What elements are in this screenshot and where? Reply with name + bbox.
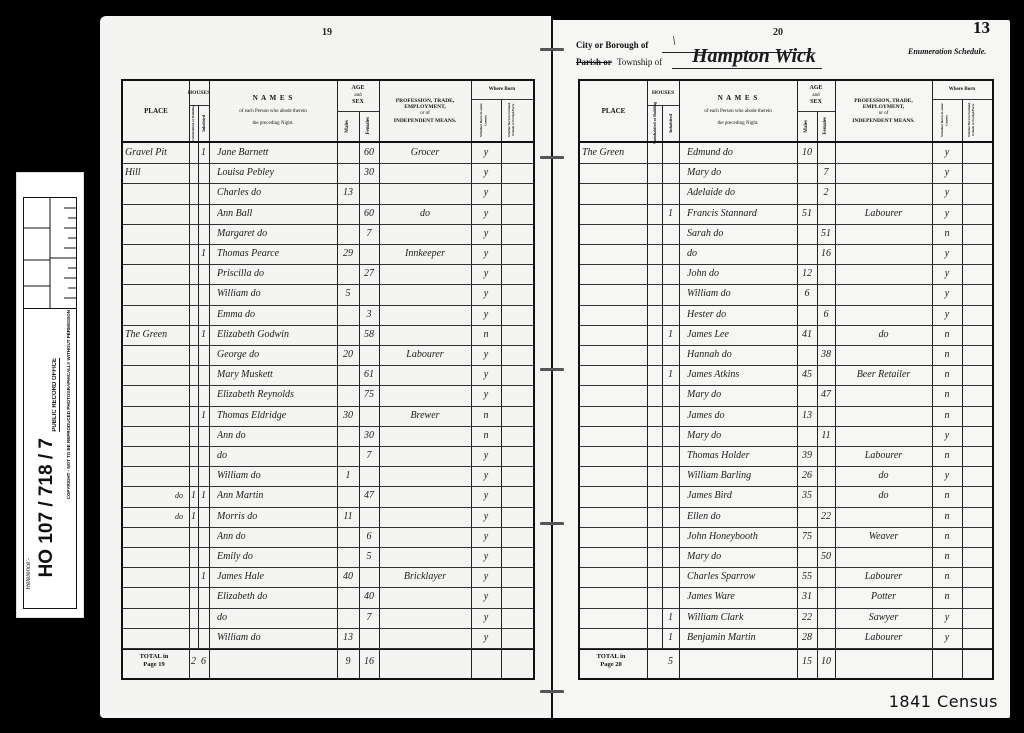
cell-inhabited — [198, 466, 209, 486]
cell-male-age — [337, 547, 359, 567]
cell-uninhabited — [647, 244, 662, 264]
cell-born-county: y — [932, 204, 962, 224]
header-place: PLACE — [123, 81, 189, 141]
cell-born-foreign — [501, 264, 533, 284]
header-males: Males — [337, 111, 359, 141]
cell-inhabited — [662, 507, 679, 527]
cell-male-age — [797, 183, 817, 203]
cell-inhabited — [662, 527, 679, 547]
cell-profession — [379, 325, 471, 345]
cell-born-county: n — [932, 224, 962, 244]
cell-inhabited — [662, 466, 679, 486]
cell-name: Mary do — [687, 426, 795, 446]
township-underline — [672, 68, 822, 69]
header-age-sex: AGEandSEX — [337, 81, 379, 111]
cell-profession: Labourer — [379, 345, 471, 365]
cell-name: Francis Stannard — [687, 204, 795, 224]
cell-born-foreign — [501, 325, 533, 345]
cell-uninhabited — [189, 325, 198, 345]
cell-inhabited — [198, 385, 209, 405]
ruler-scale-icon — [24, 198, 76, 308]
cell-born-foreign — [962, 587, 992, 607]
cell-inhabited — [198, 305, 209, 325]
header-age-sex: AGEandSEX — [797, 81, 835, 111]
cell-male-age: 11 — [337, 507, 359, 527]
cell-born-foreign — [962, 567, 992, 587]
cell-female-age — [817, 325, 835, 345]
cell-born-foreign — [501, 406, 533, 426]
cell-inhabited — [662, 385, 679, 405]
total-females: 10 — [817, 651, 835, 673]
cell-name: William do — [217, 628, 335, 648]
cell-inhabited — [198, 284, 209, 304]
cell-inhabited — [198, 365, 209, 385]
cell-inhabited — [662, 406, 679, 426]
cell-name: Ann do — [217, 527, 335, 547]
cell-name: Emily do — [217, 547, 335, 567]
cell-born-county: y — [471, 527, 501, 547]
cell-inhabited — [198, 446, 209, 466]
cell-name: George do — [217, 345, 335, 365]
cell-born-county: y — [471, 486, 501, 506]
cell-name: Elizabeth do — [217, 587, 335, 607]
cell-born-county: y — [471, 365, 501, 385]
cell-born-foreign — [962, 143, 992, 163]
cell-female-age: 61 — [359, 365, 379, 385]
binding-stitch — [540, 522, 564, 525]
cell-profession — [379, 365, 471, 385]
cell-name: Thomas Holder — [687, 446, 795, 466]
cell-female-age — [817, 628, 835, 648]
cell-male-age: 20 — [337, 345, 359, 365]
cell-born-county: y — [471, 143, 501, 163]
cell-profession — [379, 183, 471, 203]
cell-female-age: 30 — [359, 163, 379, 183]
cell-female-age — [359, 244, 379, 264]
cell-inhabited: 1 — [198, 325, 209, 345]
cell-born-county: y — [471, 224, 501, 244]
cell-uninhabited — [647, 345, 662, 365]
header-names: N A M E S of each Person who abode there… — [679, 81, 797, 141]
cell-male-age — [797, 345, 817, 365]
cell-name: Hester do — [687, 305, 795, 325]
cell-profession — [379, 547, 471, 567]
cell-uninhabited — [189, 183, 198, 203]
cell-born-foreign — [962, 345, 992, 365]
reference-label: Reference:- — [26, 558, 32, 589]
cell-uninhabited — [647, 305, 662, 325]
cell-born-county: y — [471, 628, 501, 648]
cell-born-foreign — [501, 183, 533, 203]
cell-inhabited: 1 — [662, 608, 679, 628]
cell-name: Margaret do — [217, 224, 335, 244]
cell-born-foreign — [962, 183, 992, 203]
cell-profession — [379, 446, 471, 466]
cell-born-county: y — [932, 305, 962, 325]
cell-inhabited — [198, 608, 209, 628]
cell-uninhabited: 1 — [189, 486, 198, 506]
cell-born-foreign — [501, 446, 533, 466]
cell-name: John Honeybooth — [687, 527, 795, 547]
cell-female-age — [817, 608, 835, 628]
header-uninhabited: Uninhabited or Building — [189, 105, 198, 141]
cell-name: Elizabeth Godwin — [217, 325, 335, 345]
cell-female-age — [817, 466, 835, 486]
cell-uninhabited — [189, 608, 198, 628]
cell-born-county: y — [471, 608, 501, 628]
cell-male-age: 40 — [337, 567, 359, 587]
cell-female-age: 6 — [817, 305, 835, 325]
cell-male-age — [337, 486, 359, 506]
cell-uninhabited — [189, 446, 198, 466]
header-names: N A M E S of each Person who abode there… — [209, 81, 337, 141]
cell-born-foreign — [501, 426, 533, 446]
cell-inhabited — [662, 244, 679, 264]
cell-female-age — [359, 628, 379, 648]
cell-name: James Lee — [687, 325, 795, 345]
cell-inhabited — [198, 527, 209, 547]
cell-uninhabited — [647, 163, 662, 183]
cell-born-county: y — [471, 547, 501, 567]
cell-male-age — [797, 547, 817, 567]
header-where-born: Where Born — [932, 81, 992, 99]
cell-profession — [835, 426, 932, 446]
cell-profession — [835, 284, 932, 304]
cell-inhabited — [662, 264, 679, 284]
cell-uninhabited — [189, 547, 198, 567]
cell-male-age: 55 — [797, 567, 817, 587]
cell-female-age: 3 — [359, 305, 379, 325]
total-label: TOTAL inPage 19 — [123, 653, 185, 669]
cell-inhabited — [198, 345, 209, 365]
cell-inhabited — [662, 143, 679, 163]
cell-male-age: 22 — [797, 608, 817, 628]
folio-number: 13 — [973, 18, 990, 38]
cell-name: Mary Muskett — [217, 365, 335, 385]
cell-uninhabited — [189, 224, 198, 244]
cell-born-county: y — [932, 284, 962, 304]
reference-frame: PUBLIC RECORD OFFICE HO 107 / 718 / 7 Re… — [23, 197, 77, 609]
cell-born-foreign — [962, 406, 992, 426]
cell-female-age: 2 — [817, 183, 835, 203]
cell-female-age: 6 — [359, 527, 379, 547]
parish-label: Parish or — [576, 57, 612, 67]
col-divider — [209, 81, 210, 678]
cell-profession: Bricklayer — [379, 567, 471, 587]
cell-inhabited: 1 — [198, 143, 209, 163]
cell-name: Emma do — [217, 305, 335, 325]
cell-female-age — [817, 527, 835, 547]
cell-uninhabited — [647, 486, 662, 506]
cell-born-county: y — [471, 244, 501, 264]
cell-female-age: 40 — [359, 587, 379, 607]
cell-name: William do — [687, 284, 795, 304]
cell-uninhabited — [647, 325, 662, 345]
cell-born-county: n — [932, 345, 962, 365]
cell-male-age — [797, 385, 817, 405]
cell-born-foreign — [962, 224, 992, 244]
cell-uninhabited — [647, 507, 662, 527]
cell-inhabited — [198, 264, 209, 284]
cell-born-county: y — [471, 163, 501, 183]
cell-name: Morris do — [217, 507, 335, 527]
cell-inhabited: 1 — [662, 204, 679, 224]
cell-female-age — [359, 507, 379, 527]
cell-male-age — [797, 163, 817, 183]
township-label: Township of — [617, 57, 662, 67]
cell-male-age: 31 — [797, 587, 817, 607]
cell-born-county: y — [932, 183, 962, 203]
cell-uninhabited — [189, 527, 198, 547]
cell-uninhabited — [647, 406, 662, 426]
cell-profession — [379, 587, 471, 607]
header-profession: PROFESSION, TRADE,EMPLOYMENT,or ofINDEPE… — [835, 81, 932, 141]
header-uninhabited: Uninhabited or Building — [647, 105, 662, 141]
cell-born-foreign — [962, 163, 992, 183]
cell-born-foreign — [501, 143, 533, 163]
cell-born-foreign — [962, 244, 992, 264]
cell-profession: Beer Retailer — [835, 365, 932, 385]
cell-born-foreign — [962, 507, 992, 527]
header-houses: HOUSES — [189, 81, 209, 105]
cell-born-foreign — [962, 486, 992, 506]
census-table-left: 1Jane Barnett60GroceryLouisa Pebley30yCh… — [121, 79, 535, 680]
cell-born-county: y — [932, 163, 962, 183]
binding-stitch — [540, 368, 564, 371]
cell-uninhabited — [647, 204, 662, 224]
cell-female-age — [359, 284, 379, 304]
cell-born-county: n — [932, 567, 962, 587]
cell-inhabited: 1 — [198, 486, 209, 506]
cell-inhabited — [662, 426, 679, 446]
cell-inhabited — [662, 486, 679, 506]
cell-born-foreign — [962, 325, 992, 345]
row-divider — [580, 648, 992, 649]
cell-name: Ellen do — [687, 507, 795, 527]
cell-profession — [379, 305, 471, 325]
cell-profession: do — [835, 486, 932, 506]
cell-male-age — [337, 325, 359, 345]
cell-uninhabited: 1 — [189, 507, 198, 527]
cell-female-age — [817, 486, 835, 506]
cell-male-age: 6 — [797, 284, 817, 304]
cell-born-foreign — [962, 426, 992, 446]
cell-born-county: y — [932, 264, 962, 284]
cell-uninhabited — [647, 608, 662, 628]
cell-born-county: n — [932, 385, 962, 405]
cell-name: Mary do — [687, 547, 795, 567]
cell-female-age — [817, 365, 835, 385]
cell-female-age: 58 — [359, 325, 379, 345]
cell-female-age — [817, 587, 835, 607]
cell-profession — [835, 224, 932, 244]
cell-female-age: 7 — [359, 608, 379, 628]
cell-born-county: y — [471, 284, 501, 304]
cell-inhabited — [198, 183, 209, 203]
total-label: TOTAL inPage 20 — [580, 653, 642, 669]
cell-male-age — [337, 143, 359, 163]
total-inhabited: 6 — [198, 651, 209, 673]
cell-female-age: 11 — [817, 426, 835, 446]
ditto-mark: do — [175, 486, 189, 506]
cell-uninhabited — [647, 446, 662, 466]
cell-inhabited: 1 — [662, 365, 679, 385]
cell-profession: Labourer — [835, 567, 932, 587]
cell-uninhabited — [189, 284, 198, 304]
cell-name: Charles do — [217, 183, 335, 203]
cell-inhabited: 1 — [662, 325, 679, 345]
cell-name: Hannah do — [687, 345, 795, 365]
cell-profession: Labourer — [835, 446, 932, 466]
cell-inhabited — [662, 183, 679, 203]
cell-born-foreign — [962, 527, 992, 547]
cell-born-county: y — [471, 446, 501, 466]
cell-uninhabited — [647, 567, 662, 587]
place-name: The Green — [125, 328, 167, 342]
cell-born-county: y — [471, 466, 501, 486]
cell-male-age — [337, 608, 359, 628]
cell-male-age: 26 — [797, 466, 817, 486]
cell-name: Mary do — [687, 163, 795, 183]
cell-uninhabited — [189, 365, 198, 385]
cell-name: William do — [217, 466, 335, 486]
cell-male-age — [797, 305, 817, 325]
cell-uninhabited — [189, 466, 198, 486]
page-number-left: 19 — [322, 27, 332, 38]
cell-profession — [379, 284, 471, 304]
cell-name: Ann do — [217, 426, 335, 446]
cell-name: do — [687, 244, 795, 264]
record-office-label: PUBLIC RECORD OFFICE — [52, 358, 58, 432]
header-inhabited: Inhabited — [662, 105, 679, 141]
cell-inhabited — [198, 628, 209, 648]
cell-male-age — [337, 204, 359, 224]
cell-male-age — [337, 385, 359, 405]
cell-born-foreign — [501, 507, 533, 527]
cell-born-foreign — [501, 224, 533, 244]
cell-female-age: 51 — [817, 224, 835, 244]
cell-born-county: n — [932, 486, 962, 506]
cell-male-age — [337, 163, 359, 183]
cell-born-foreign — [962, 628, 992, 648]
cell-name: Ann Ball — [217, 204, 335, 224]
cell-inhabited: 1 — [198, 406, 209, 426]
cell-born-foreign — [501, 163, 533, 183]
cell-male-age: 75 — [797, 527, 817, 547]
cell-born-county: n — [932, 527, 962, 547]
cell-female-age — [817, 143, 835, 163]
cell-born-foreign — [962, 284, 992, 304]
cell-born-foreign — [962, 446, 992, 466]
cell-female-age: 47 — [817, 385, 835, 405]
cell-male-age: 30 — [337, 406, 359, 426]
cell-profession — [835, 385, 932, 405]
cell-uninhabited — [647, 426, 662, 446]
cell-born-county: n — [932, 587, 962, 607]
cell-female-age: 30 — [359, 426, 379, 446]
cell-inhabited — [662, 163, 679, 183]
total-uninhabited: 2 — [189, 651, 198, 673]
cell-inhabited — [198, 163, 209, 183]
header-born-county: Whether Born in same County — [932, 99, 962, 141]
cell-inhabited — [662, 345, 679, 365]
cell-uninhabited — [647, 143, 662, 163]
cell-profession — [379, 224, 471, 244]
cell-born-county: n — [932, 365, 962, 385]
cell-born-foreign — [501, 628, 533, 648]
cell-name: Thomas Eldridge — [217, 406, 335, 426]
cell-male-age — [797, 507, 817, 527]
cell-name: Thomas Pearce — [217, 244, 335, 264]
cell-profession — [379, 608, 471, 628]
cell-name: Charles Sparrow — [687, 567, 795, 587]
cell-profession — [835, 345, 932, 365]
cell-uninhabited — [647, 628, 662, 648]
total-males: 9 — [337, 651, 359, 673]
cell-born-foreign — [501, 305, 533, 325]
cell-born-county: n — [932, 507, 962, 527]
cell-name: Edmund do — [687, 143, 795, 163]
cell-profession — [835, 305, 932, 325]
cell-profession — [379, 426, 471, 446]
cell-name: James Bird — [687, 486, 795, 506]
city-borough-value: \ — [672, 34, 676, 50]
cell-born-county: y — [932, 426, 962, 446]
cell-born-county: y — [471, 204, 501, 224]
cell-name: William do — [217, 284, 335, 304]
row-divider — [123, 648, 533, 649]
copyright-notice: COPYRIGHT - NOT TO BE REPRODUCED PHOTOGR… — [66, 310, 71, 499]
cell-female-age: 75 — [359, 385, 379, 405]
header-females: Females — [817, 111, 835, 141]
cell-uninhabited — [647, 385, 662, 405]
cell-name: Adelaide do — [687, 183, 795, 203]
cell-name: Louisa Pebley — [217, 163, 335, 183]
cell-born-foreign — [501, 365, 533, 385]
cell-male-age: 35 — [797, 486, 817, 506]
cell-born-county: y — [471, 385, 501, 405]
cell-born-county: n — [471, 406, 501, 426]
cell-profession — [835, 507, 932, 527]
cell-name: do — [217, 608, 335, 628]
cell-born-foreign — [501, 345, 533, 365]
cell-female-age — [817, 446, 835, 466]
cell-female-age: 5 — [359, 547, 379, 567]
cell-name: Jane Barnett — [217, 143, 335, 163]
cell-inhabited — [198, 507, 209, 527]
cell-uninhabited — [647, 547, 662, 567]
header-place: PLACE — [580, 81, 647, 141]
cell-uninhabited — [189, 345, 198, 365]
cell-male-age: 41 — [797, 325, 817, 345]
cell-inhabited: 1 — [662, 628, 679, 648]
cell-born-foreign — [501, 567, 533, 587]
cell-uninhabited — [189, 163, 198, 183]
cell-born-county: y — [471, 587, 501, 607]
cell-male-age — [337, 365, 359, 385]
total-males: 15 — [797, 651, 817, 673]
cell-born-foreign — [501, 466, 533, 486]
cell-name: James Atkins — [687, 365, 795, 385]
cell-born-foreign — [501, 486, 533, 506]
cell-female-age: 50 — [817, 547, 835, 567]
cell-born-foreign — [962, 466, 992, 486]
cell-inhabited — [662, 224, 679, 244]
cell-profession — [835, 163, 932, 183]
cell-uninhabited — [189, 385, 198, 405]
cell-male-age — [337, 426, 359, 446]
cell-uninhabited — [189, 406, 198, 426]
